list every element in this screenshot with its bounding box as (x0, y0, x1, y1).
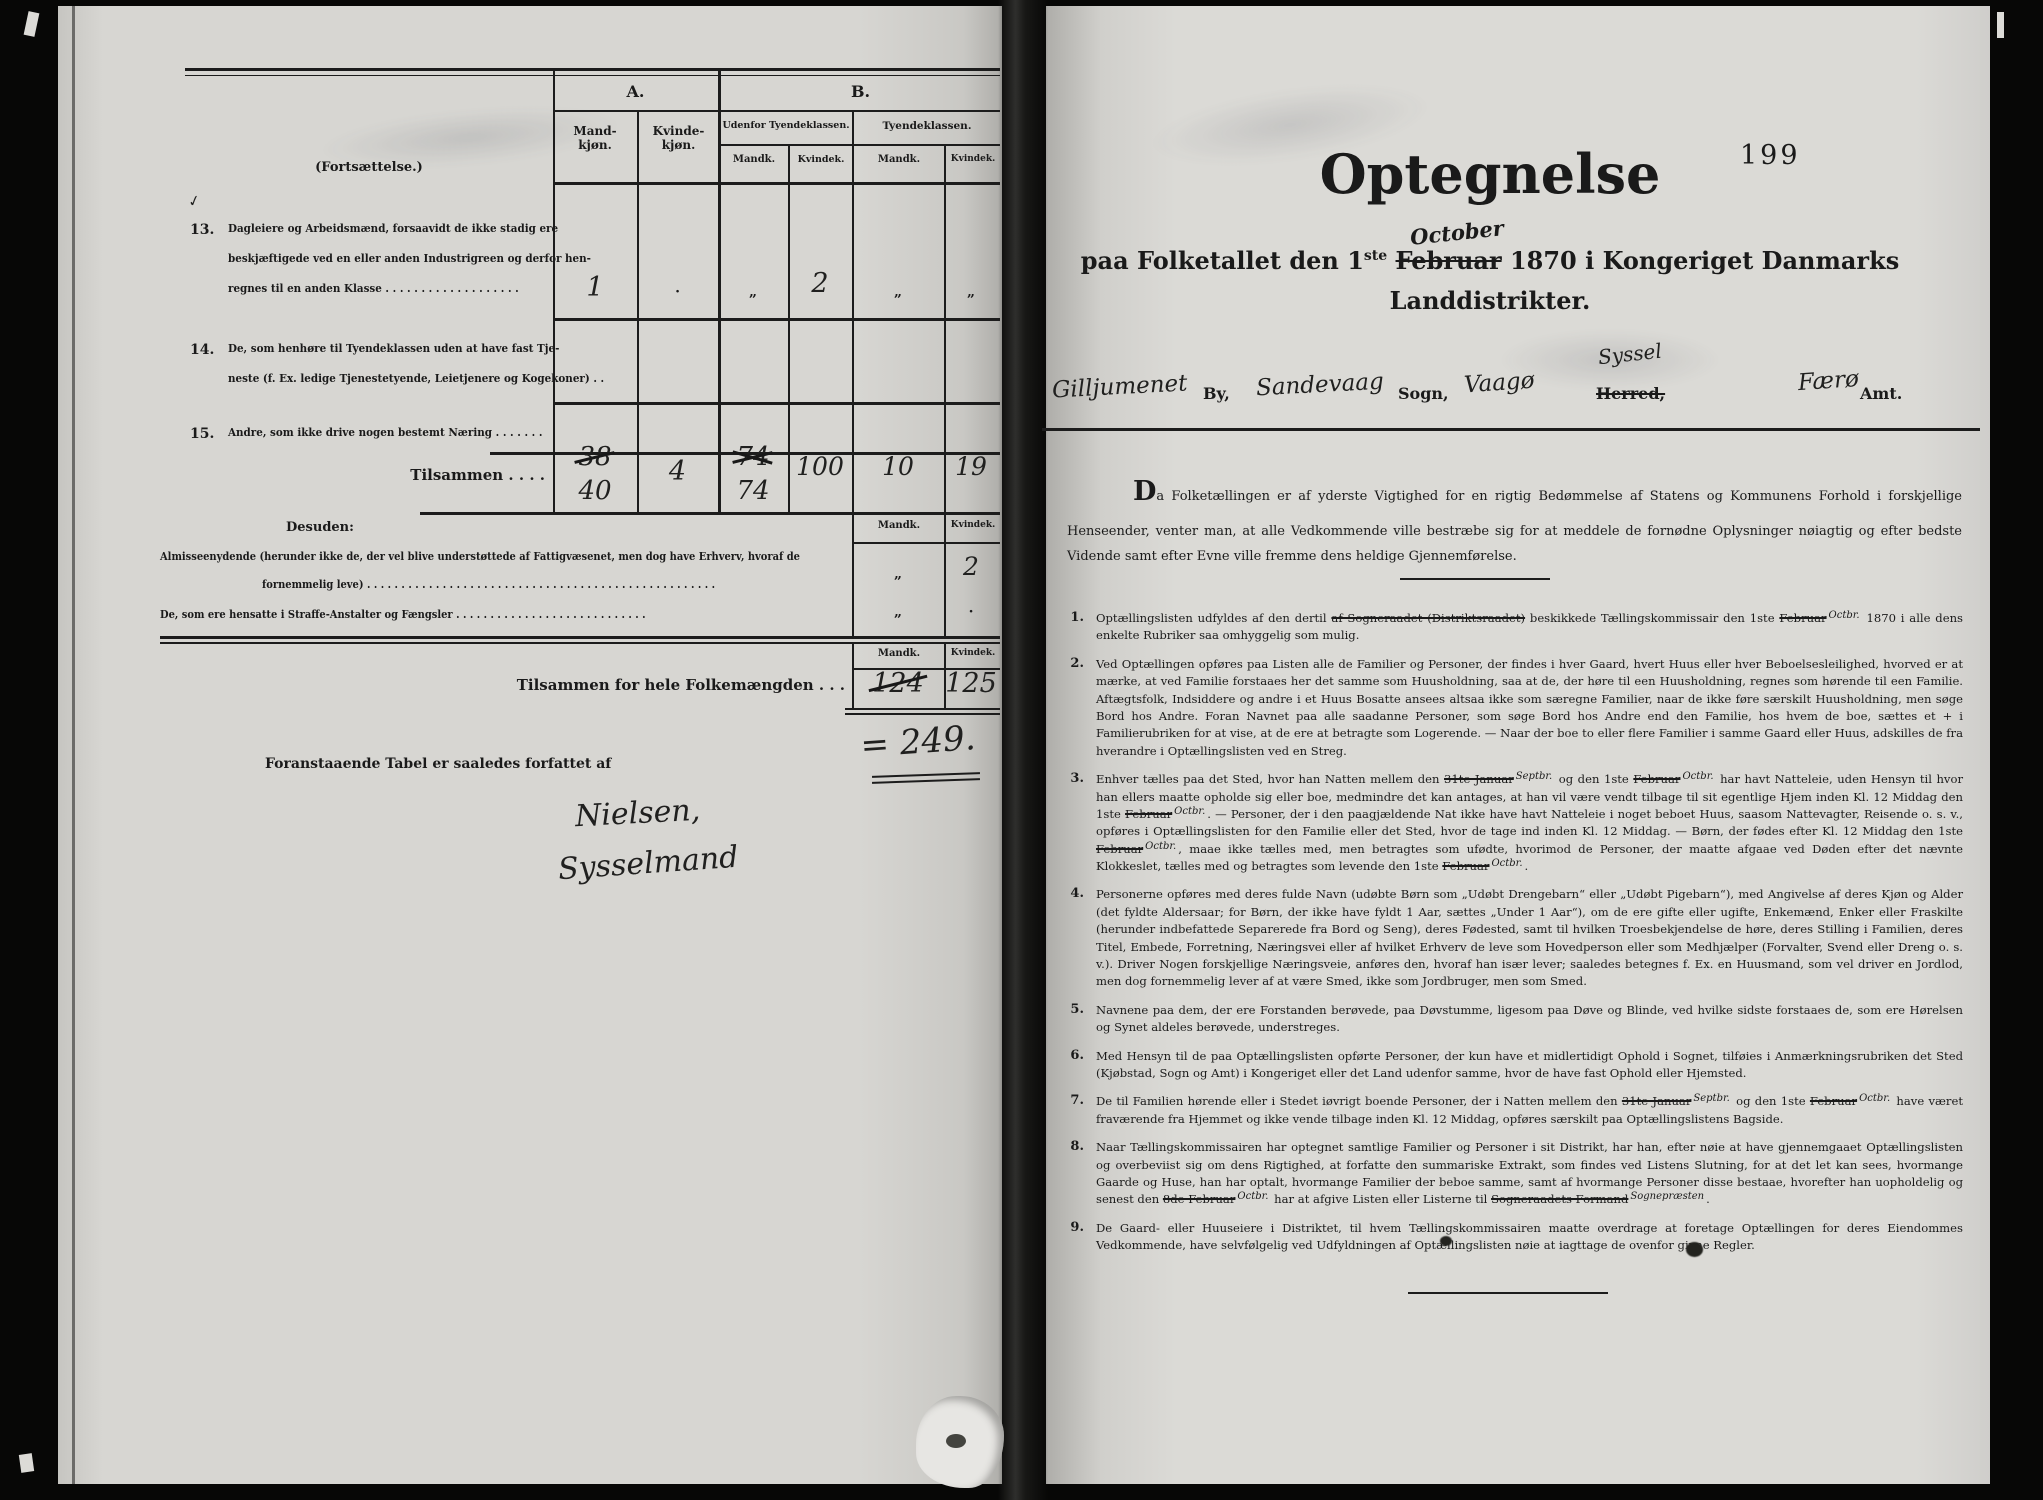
struck-text: af Sogneraadet (Distriktsraadet) (1331, 611, 1525, 625)
table-hline (553, 110, 1000, 112)
instruction-item: 1.Optællingslisten udfyldes af den derti… (1058, 610, 1963, 645)
struck-text: Februar (1810, 1094, 1857, 1108)
instruction-item: 3.Enhver tælles paa det Sted, hvor han N… (1058, 771, 1963, 875)
subcol-mandk-header: Mandk. (720, 154, 788, 165)
col-tyendeklassen-header: Tyendeklassen. (854, 120, 1000, 132)
desuden-row1-line2: fornemmelig leve) . . . . . . . . . . . … (262, 578, 715, 591)
row13-value-tyende-kvindek: „ (944, 284, 998, 300)
section-double-rule-thin (160, 642, 1000, 644)
printed-text: Med Hensyn til de paa Optællingslisten o… (1096, 1049, 1963, 1080)
scan-speck (19, 1453, 34, 1473)
subtitle-post: 1870 i Kongeriget Danmarks (1502, 246, 1900, 275)
subtitle-pre: paa Folketallet den 1 (1081, 246, 1364, 275)
instructions-list: 1.Optællingslisten udfyldes af den derti… (1058, 610, 1963, 1266)
col-kvindekjon-line1: Kvinde- (653, 124, 705, 138)
table-hline (718, 144, 1000, 146)
struck-text: Februar (1442, 859, 1489, 873)
instruction-item-text: Optællingslisten udfyldes af den dertil … (1096, 610, 1963, 645)
instruction-item-text: De til Familien hørende eller i Stedet i… (1096, 1093, 1963, 1128)
header-separator-rule (1042, 428, 1980, 431)
grand-total-kvindek: 125 (944, 668, 998, 699)
handwritten-correction: Octbr. (1827, 610, 1862, 621)
row14-number: 14. (190, 342, 214, 358)
struck-value: 124 (872, 668, 924, 699)
instruction-item: 8.Naar Tællingskommissairen har optegnet… (1058, 1139, 1963, 1209)
tilsammen-tyende-mandk: 10 (852, 452, 944, 481)
row15-number: 15. (190, 426, 214, 442)
desuden-row1-mandk-value: „ (852, 566, 944, 582)
instruction-item-text: Med Hensyn til de paa Optællingslisten o… (1096, 1048, 1963, 1083)
subcol-kvindek-header: Kvindek. (946, 154, 1000, 164)
struck-value: 38 (578, 442, 611, 472)
instruction-item: 4.Personerne opføres med deres fulde Nav… (1058, 886, 1963, 990)
struck-text: Februar (1633, 772, 1680, 786)
desuden-row1-kvindek-value: 2 (944, 552, 998, 581)
total-kvindek-header: Kvindek. (946, 648, 1000, 658)
mini-table-hline (852, 542, 1000, 544)
row14-line1: De, som henhøre til Tyendeklassen uden a… (228, 341, 559, 355)
intro-divider-rule (1400, 578, 1550, 580)
desuden-kvindek-header: Kvindek. (946, 520, 1000, 530)
left-page-fold-line (72, 6, 75, 1484)
instruction-item: 2.Ved Optællingen opføres paa Listen all… (1058, 656, 1963, 760)
instruction-item-text: Personerne opføres med deres fulde Navn … (1096, 886, 1963, 990)
tilsammen-label: Tilsammen . . . . (330, 466, 545, 484)
ink-blot (1686, 1242, 1703, 1257)
scan-speck (1997, 12, 2004, 38)
tilsammen-tyende-kvindek: 19 (944, 452, 998, 481)
struck-text: Februar (1125, 807, 1172, 821)
form-subtitle-line1: paa Folketallet den 1ste Februar October… (1060, 246, 1920, 275)
by-field-label: By, (1203, 384, 1230, 403)
subtitle-ordinal: ste (1364, 248, 1387, 264)
table-hline (553, 318, 1000, 321)
handwritten-correction: Octbr. (1857, 1093, 1892, 1104)
grand-total-label: Tilsammen for hele Folkemængden . . . (400, 676, 845, 694)
row13-line1: Dagleiere og Arbeidsmænd, forsaavidt de … (228, 221, 558, 235)
handwritten-correction: Septbr. (1514, 771, 1554, 782)
printed-text: Enhver tælles paa det Sted, hvor han Nat… (1096, 772, 1444, 786)
tilsammen-kvindekjon: 4 (637, 456, 718, 487)
column-group-b-label: B. (721, 82, 1000, 101)
col-mandkjon-line1: Mand- (573, 124, 616, 138)
printed-text: og den 1ste (1554, 772, 1633, 786)
struck-text: Februar (1096, 842, 1143, 856)
row13-value-mandkjon: 1 (553, 272, 637, 303)
row13-value-udenfor-mandk: „ (718, 284, 788, 300)
tilsammen-udenfor-mandk-struck: 74 (718, 442, 788, 472)
handwritten-correction: Septbr. (1691, 1093, 1731, 1104)
struck-text: 8de Februar (1163, 1192, 1236, 1206)
row15-line1: Andre, som ikke drive nogen bestemt Næri… (228, 425, 542, 439)
col-mandkjon-line2: kjøn. (578, 138, 612, 152)
instruction-item-number: 7. (1058, 1093, 1084, 1128)
signature-name: Nielsen, (574, 793, 701, 835)
blob-mark (946, 1434, 966, 1448)
instruction-item-number: 3. (1058, 771, 1084, 875)
instruction-item: 9.De Gaard- eller Huuseiere i Distriktet… (1058, 1220, 1963, 1255)
printed-text: har at afgive Listen eller Listerne til (1270, 1192, 1491, 1206)
row14-line2: neste (f. Ex. ledige Tjenestetyende, Lei… (228, 371, 604, 385)
row13-number: 13. (190, 222, 214, 238)
page-bottom-blob (916, 1396, 1004, 1488)
col-kvindekjon-header: Kvinde- kjøn. (639, 124, 718, 152)
printed-text: Ved Optællingen opføres paa Listen alle … (1096, 657, 1963, 758)
handwritten-correction: Octbr. (1143, 841, 1178, 852)
table-bottom-rule (420, 512, 1000, 515)
grand-total-mandk-struck: 124 (852, 668, 944, 699)
instruction-item-number: 2. (1058, 656, 1084, 760)
col-udenfor-tyendeklassen-header: Udenfor Tyendeklassen. (720, 120, 852, 131)
subcol-kvindek-header: Kvindek. (790, 154, 852, 165)
instruction-item-text: De Gaard- eller Huuseiere i Distriktet, … (1096, 1220, 1963, 1255)
desuden-row2-kvindek-value: · (944, 604, 998, 620)
ink-blot (1440, 1236, 1452, 1246)
tilsammen-mandkjon-corrected: 40 (553, 476, 637, 506)
total-underline (845, 708, 1000, 710)
instruction-item-text: Enhver tælles paa det Sted, hvor han Nat… (1096, 771, 1963, 875)
handwritten-correction: Sognepræsten (1628, 1191, 1706, 1202)
printed-text: . (1706, 1192, 1710, 1206)
desuden-row1-line1: Almisseenydende (herunder ikke de, der v… (160, 550, 800, 563)
form-subtitle-line2: Landdistrikter. (1060, 286, 1920, 315)
desuden-mandk-header: Mandk. (854, 520, 944, 531)
handwritten-correction: Octbr. (1489, 858, 1524, 869)
printed-text: De til Familien hørende eller i Stedet i… (1096, 1094, 1622, 1108)
instruction-item-number: 5. (1058, 1002, 1084, 1037)
row13-line2: beskjæftigede ved en eller anden Industr… (228, 251, 591, 265)
instruction-item-text: Navnene paa dem, der ere Forstanden berø… (1096, 1002, 1963, 1037)
instruction-item-number: 6. (1058, 1048, 1084, 1083)
col-mandkjon-header: Mand- kjøn. (553, 124, 637, 152)
row13-value-tyende-mandk: „ (852, 284, 944, 300)
table-hline (553, 402, 1000, 405)
struck-text: 31te Januar (1622, 1094, 1692, 1108)
instruction-item-text: Ved Optællingen opføres paa Listen alle … (1096, 656, 1963, 760)
instruction-item-number: 9. (1058, 1220, 1084, 1255)
instruction-item: 5.Navnene paa dem, der ere Forstanden be… (1058, 1002, 1963, 1037)
column-group-a-label: A. (553, 82, 718, 101)
handwritten-correction: Octbr. (1680, 771, 1715, 782)
census-book-scan: (Fortsættelse.) A. B. Mand- kjøn. Kvinde… (0, 0, 2043, 1500)
attestation-line: Foranstaaende Tabel er saaledes forfatte… (265, 756, 611, 772)
table-header-bottom-rule (553, 182, 1000, 185)
table-continuation-label: (Fortsættelse.) (249, 160, 489, 175)
form-title: Optegnelse (1180, 142, 1800, 206)
instruction-item-number: 4. (1058, 886, 1084, 990)
printed-text: Navnene paa dem, der ere Forstanden berø… (1096, 1003, 1963, 1034)
row13-value-udenfor-kvindek: 2 (788, 268, 852, 299)
scan-speck (24, 11, 40, 37)
col-kvindekjon-line2: kjøn. (662, 138, 696, 152)
amt-field-value: Færø (1797, 366, 1860, 396)
struck-value: 74 (736, 442, 769, 472)
instruction-item-text: Naar Tællingskommissairen har optegnet s… (1096, 1139, 1963, 1209)
subtitle-month-correction: Februar October (1396, 246, 1502, 275)
instruction-item-number: 1. (1058, 610, 1084, 645)
printed-text: beskikkede Tællingskommissair den 1ste (1525, 611, 1779, 625)
table-top-rule (185, 68, 1000, 71)
struck-text: Februar (1779, 611, 1826, 625)
printed-text: Optællingslisten udfyldes af den dertil (1096, 611, 1331, 625)
tilsammen-udenfor-mandk-corrected: 74 (718, 476, 788, 506)
total-mandk-header: Mandk. (854, 648, 944, 659)
book-gutter (998, 0, 1048, 1500)
tilsammen-mandkjon-struck: 38 (553, 442, 637, 472)
struck-text: Sogneraadets Formand (1491, 1192, 1628, 1206)
row13-value-kvindekjon: · (637, 284, 718, 300)
instruction-item: 7.De til Familien hørende eller i Stedet… (1058, 1093, 1963, 1128)
struck-month: Februar (1396, 246, 1502, 275)
row13-line3: regnes til en anden Klasse . . . . . . .… (228, 281, 519, 295)
amt-field-label: Amt. (1860, 384, 1902, 403)
handwritten-correction: Octbr. (1172, 806, 1207, 817)
desuden-row2-line1: De, som ere hensatte i Straffe-Anstalter… (160, 608, 646, 621)
printed-text: , maae ikke tælles med, men betragtes so… (1096, 842, 1963, 873)
instruction-item: 6.Med Hensyn til de paa Optællingslisten… (1058, 1048, 1963, 1083)
section-double-rule (160, 636, 1000, 639)
footer-divider-rule (1408, 1292, 1608, 1294)
struck-text: 31te Januar (1444, 772, 1514, 786)
instruction-item-number: 8. (1058, 1139, 1084, 1209)
printed-text: De Gaard- eller Huuseiere i Distriktet, … (1096, 1221, 1963, 1252)
sogn-field-label: Sogn, (1398, 384, 1449, 403)
intro-paragraph: Da Folketællingen er af yderste Vigtighe… (1067, 466, 1962, 569)
printed-text: Personerne opføres med deres fulde Navn … (1096, 887, 1963, 988)
tilsammen-udenfor-kvindek: 100 (788, 452, 852, 481)
herred-field-value: Vaagø (1463, 368, 1535, 399)
handwritten-correction: Octbr. (1235, 1191, 1270, 1202)
desuden-label: Desuden: (286, 520, 354, 535)
total-underline (845, 713, 1000, 715)
printed-text: og den 1ste (1732, 1094, 1810, 1108)
desuden-row2-mandk-value: „ (852, 604, 944, 620)
printed-text: . — Personer, der i den paagjældende Nat… (1096, 807, 1963, 838)
herred-field-label-struck: Herred, (1596, 384, 1665, 403)
table-top-rule-thin (185, 75, 1000, 76)
printed-text: . (1525, 859, 1529, 873)
subcol-mandk-header: Mandk. (854, 154, 944, 165)
